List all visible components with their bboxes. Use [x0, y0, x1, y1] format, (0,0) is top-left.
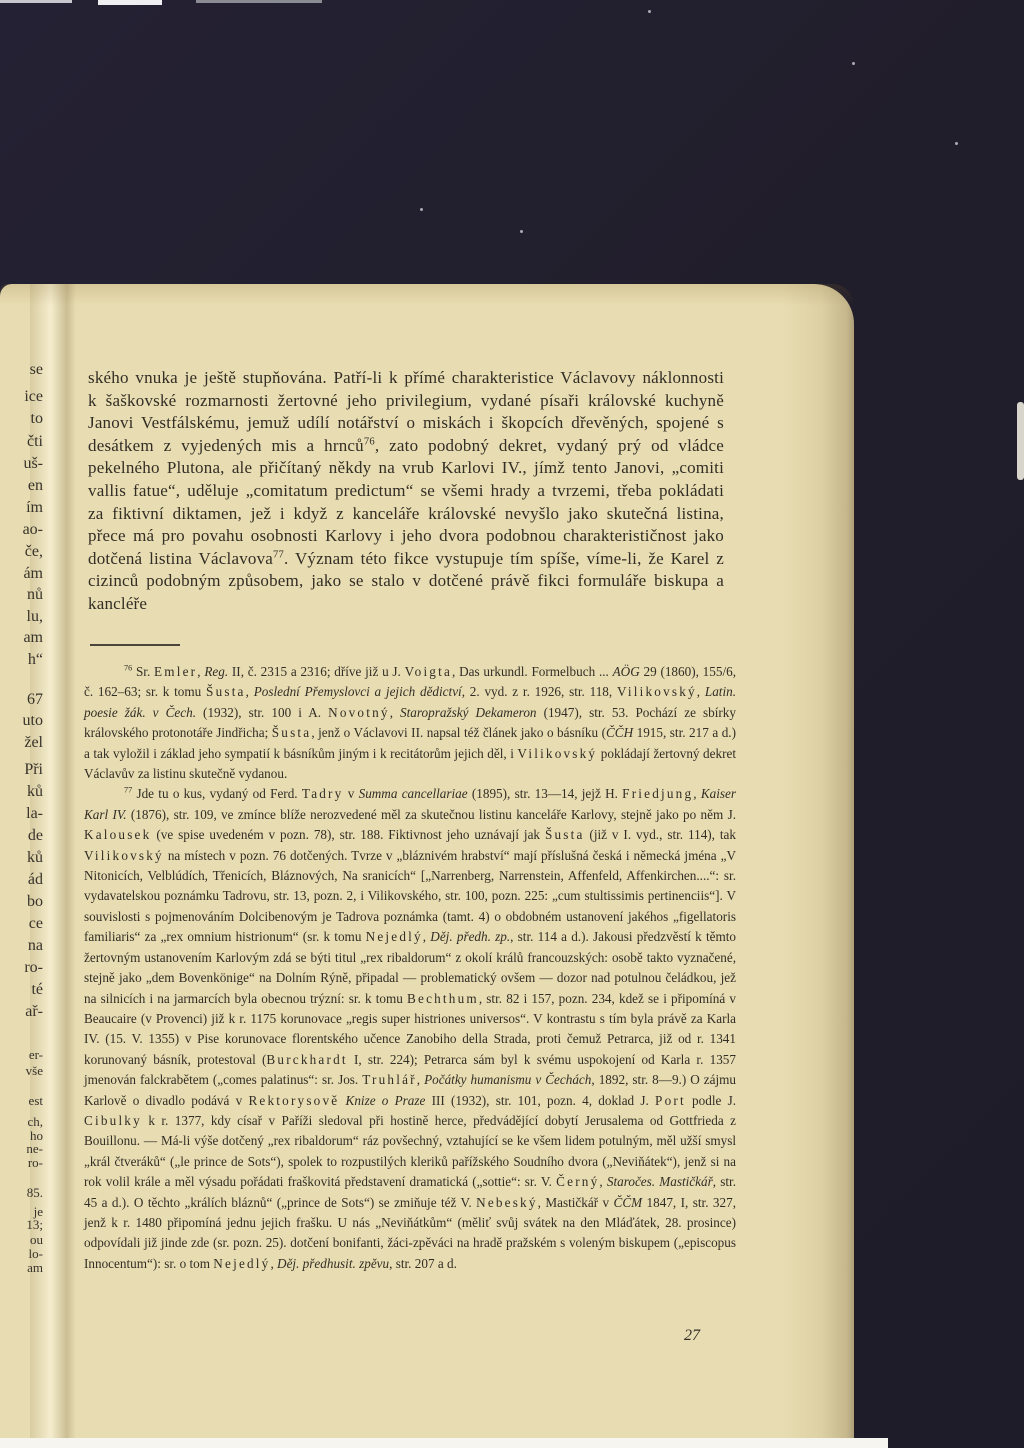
margin-fragment: ao-: [23, 521, 43, 539]
text-segment: Sr.: [132, 664, 154, 679]
margin-fragment: ím: [26, 499, 43, 517]
footnotes-block: 76 Sr. Emler, Reg. II, č. 2315 a 2316; d…: [84, 662, 736, 1274]
text-segment: Vilikovský: [517, 746, 597, 761]
margin-fragment: 67: [27, 691, 43, 709]
text-segment: (1895), str. 13—14, jejž H.: [468, 786, 623, 801]
margin-fragment: 13;: [26, 1217, 43, 1233]
text-segment: Cibulky: [84, 1113, 142, 1128]
text-segment: Poslední Přemyslovci a jejich dědictví: [254, 684, 462, 699]
text-segment: ,: [417, 1072, 424, 1087]
text-segment: Bechthum: [407, 991, 479, 1006]
text-segment: Kalousek: [84, 827, 151, 842]
main-paragraph: ského vnuka je ještě stupňována. Patří-l…: [88, 367, 724, 616]
text-segment: ČČM: [614, 1195, 643, 1210]
book-scan: seicetočtiuš-enímao-če,ámnůlu,amh“67utož…: [0, 0, 1024, 1448]
margin-fragment: 85.: [27, 1185, 43, 1201]
text-segment: 76: [124, 664, 132, 673]
text-segment: (1876), str. 109, ve zmínce blíže nerozv…: [127, 807, 736, 822]
margin-fragment: to: [31, 410, 43, 428]
book-page: seicetočtiuš-enímao-če,ámnůlu,amh“67utož…: [0, 284, 854, 1438]
text-segment: Emler: [154, 664, 197, 679]
margin-fragment: žel: [24, 734, 43, 752]
text-segment: Počátky humanismu v Čechách: [424, 1072, 591, 1087]
text-segment: Černý: [556, 1174, 599, 1189]
scan-dust-speck: [955, 142, 958, 145]
text-segment: Děj. předhusit. zpěvu: [277, 1256, 389, 1271]
text-segment: 76: [364, 436, 375, 447]
text-segment: , jenž o Václavovi II. napsal též článek…: [311, 725, 606, 740]
margin-fragment: Při: [24, 761, 43, 779]
scan-artifact-bottom-strip: [0, 1438, 888, 1448]
text-segment: Truhlář: [362, 1072, 416, 1087]
margin-fragment: ád: [28, 871, 43, 889]
page-top-shadow: [0, 284, 854, 306]
text-segment: Voigta: [405, 664, 452, 679]
text-segment: ČČH: [606, 725, 633, 740]
text-segment: Staropražský Dekameron: [400, 705, 536, 720]
scan-artifact-notch: [1017, 402, 1024, 480]
facing-page-text-fragments: seicetočtiuš-enímao-če,ámnůlu,amh“67utož…: [0, 284, 48, 1438]
margin-fragment: na: [28, 937, 43, 955]
text-segment: , Das urkundl. Formelbuch ...: [452, 664, 613, 679]
margin-fragment: ro-: [24, 959, 43, 977]
text-segment: Staročes. Mastičkář: [607, 1174, 713, 1189]
margin-fragment: ám: [23, 565, 43, 583]
text-segment: Šusta: [206, 684, 246, 699]
margin-fragment: ce: [29, 915, 43, 933]
text-segment: Šusta: [272, 725, 312, 740]
text-segment: Vilikovský: [84, 848, 164, 863]
text-segment: Nebeský: [476, 1195, 538, 1210]
footnote-77: 77 Jde tu o kus, vydaný od Ferd. Tadry v…: [84, 784, 736, 1274]
text-segment: Knize o Praze: [346, 1093, 426, 1108]
text-segment: Summa cancellariae: [359, 786, 468, 801]
text-segment: III (1932), str. 101, pozn. 4, doklad J.: [425, 1093, 655, 1108]
text-segment: Šusta: [545, 827, 585, 842]
text-segment: Vilikovský: [617, 684, 697, 699]
text-segment: Tadry: [302, 786, 344, 801]
margin-fragment: am: [27, 1260, 43, 1276]
text-segment: Jde tu o kus, vydaný od Ferd.: [132, 786, 302, 801]
margin-fragment: en: [28, 477, 43, 495]
footnote-separator-rule: [90, 644, 180, 646]
footnote-76: 76 Sr. Emler, Reg. II, č. 2315 a 2316; d…: [84, 662, 736, 784]
text-segment: Reg.: [204, 664, 228, 679]
margin-fragment: se: [30, 361, 43, 379]
margin-fragment: ků: [27, 783, 43, 801]
text-segment: ,: [390, 705, 400, 720]
text-segment: (již v I. vyd., str. 114), tak: [585, 827, 736, 842]
scan-dust-speck: [520, 230, 523, 233]
margin-fragment: ař-: [25, 1003, 43, 1021]
margin-fragment: uto: [23, 712, 43, 730]
text-segment: Friedjung: [622, 786, 693, 801]
text-segment: v: [343, 786, 358, 801]
text-segment: ,: [246, 684, 254, 699]
text-segment: (1932), str. 100 i A.: [196, 705, 328, 720]
text-segment: 77: [124, 786, 132, 795]
scan-dust-speck: [420, 208, 423, 211]
margin-fragment: la-: [26, 805, 43, 823]
margin-fragment: lu,: [27, 608, 43, 626]
scan-artifact-strip: [98, 0, 162, 5]
text-segment: Port: [655, 1093, 686, 1108]
margin-fragment: nů: [27, 586, 43, 604]
margin-fragment: čti: [27, 433, 43, 451]
margin-fragment: est: [29, 1093, 43, 1109]
margin-fragment: am: [23, 629, 43, 647]
text-segment: Nejedlý: [366, 929, 423, 944]
text-segment: AÖG: [613, 664, 640, 679]
page-number: 27: [684, 1327, 700, 1345]
text-segment: (ve spise uvedeném v pozn. 78), str. 188…: [151, 827, 545, 842]
margin-fragment: er-: [29, 1047, 43, 1063]
margin-fragment: uš-: [23, 455, 43, 473]
margin-fragment: h“: [28, 651, 43, 669]
scan-dust-speck: [852, 62, 855, 65]
text-segment: Rektorysově: [248, 1093, 339, 1108]
scan-artifact-strip: [0, 0, 72, 3]
text-segment: , str. 207 a d.: [389, 1256, 457, 1271]
scan-artifact-strip: [196, 0, 322, 3]
margin-fragment: ků: [27, 849, 43, 867]
margin-fragment: bo: [27, 893, 43, 911]
text-segment: 77: [273, 549, 284, 560]
margin-fragment: ice: [24, 388, 43, 406]
margin-fragment: vše: [26, 1063, 43, 1079]
text-segment: , Mastičkář v: [538, 1195, 614, 1210]
text-segment: Burckhardt: [266, 1052, 347, 1067]
scan-dust-speck: [648, 10, 651, 13]
text-segment: , 2. vyd. z r. 1926, str. 118,: [462, 684, 617, 699]
margin-fragment: de: [28, 827, 43, 845]
margin-fragment: če,: [25, 543, 43, 561]
margin-fragment: ro-: [28, 1155, 43, 1171]
text-segment: Nejedlý: [213, 1256, 270, 1271]
text-segment: podle J.: [686, 1093, 736, 1108]
margin-fragment: té: [31, 981, 43, 999]
text-segment: ,: [693, 786, 701, 801]
text-segment: II, č. 2315 a 2316; dříve již u J.: [228, 664, 404, 679]
text-segment: ,: [599, 1174, 606, 1189]
text-segment: ,: [697, 684, 705, 699]
text-segment: Novotný: [328, 705, 390, 720]
text-segment: Děj. předh. zp.: [430, 929, 510, 944]
